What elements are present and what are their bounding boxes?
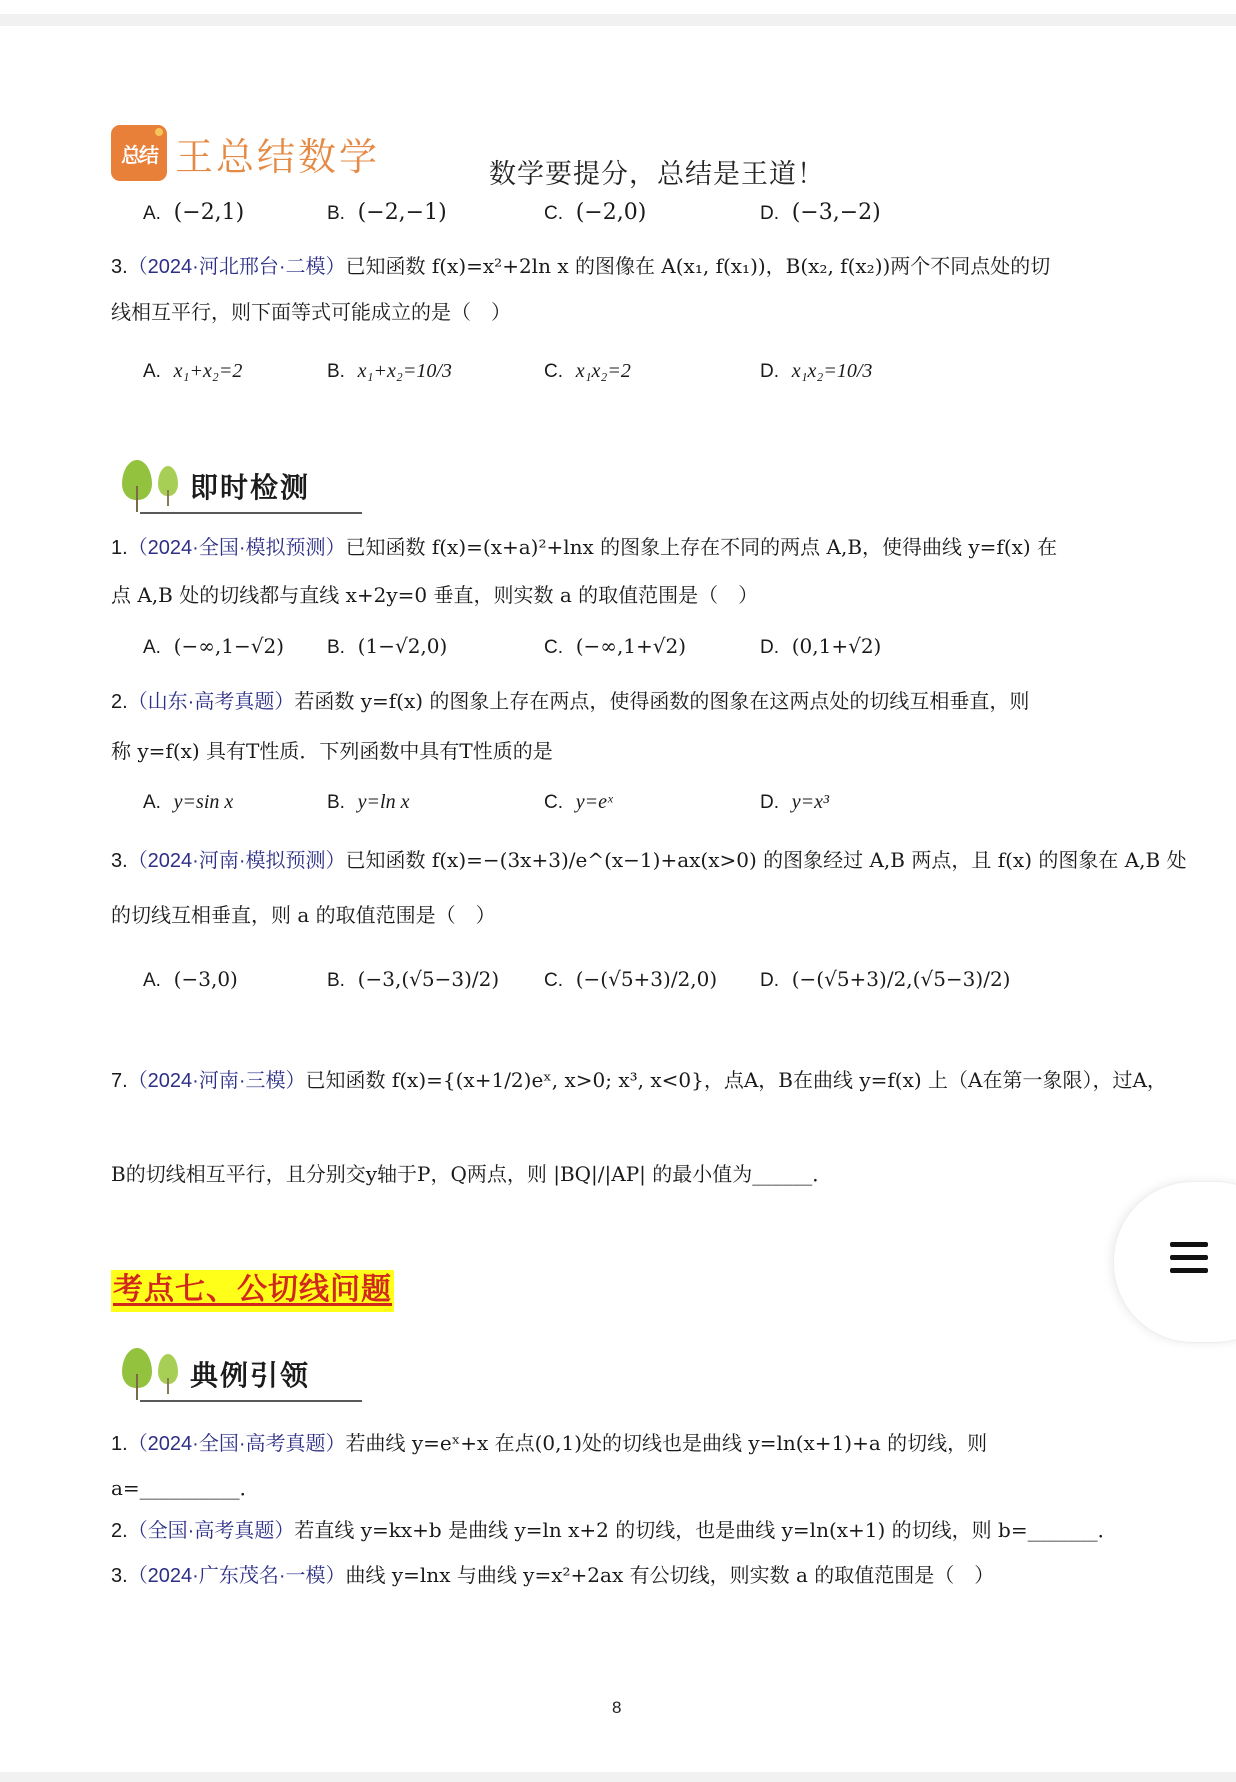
bottom-divider-bar xyxy=(0,1772,1236,1782)
example-question-1-line2: a=__________． xyxy=(111,1474,260,1502)
tree-icon xyxy=(114,456,184,514)
check-question-3-option-b: B. (−3,(√5−3)/2) xyxy=(327,965,499,995)
check-question-2-option-a: A. y=sin x xyxy=(143,787,233,817)
check-question-1-option-b: B. (1−√2,0) xyxy=(327,632,447,662)
menu-icon xyxy=(1170,1242,1208,1281)
question-3-prev-option-a: A. x₁+x₂=2 xyxy=(143,356,242,386)
question-3-prev-option-d: D. x₁x₂=10/3 xyxy=(760,356,872,386)
question-3-prev-option-b: B. x₁+x₂=10/3 xyxy=(327,356,452,386)
check-question-3-option-a: A. (−3,0) xyxy=(143,965,238,995)
topic-section-title: 考点七、公切线问题 xyxy=(111,1270,394,1312)
check-question-2-line2: 称 y=f(x) 具有T性质．下列函数中具有T性质的是 xyxy=(111,737,553,765)
slogan: 数学要提分，总结是王道！ xyxy=(489,152,825,191)
tree-icon xyxy=(114,1344,184,1402)
check-question-1-line2: 点 A,B 处的切线都与直线 x+2y=0 垂直，则实数 a 的取值范围是（ ） xyxy=(111,581,758,609)
page-number: 8 xyxy=(612,1698,621,1718)
check-question-7-line2: B的切线相互平行，且分别交y轴于P，Q两点，则 |BQ|/|AP| 的最小值为_… xyxy=(111,1160,832,1188)
section-underline xyxy=(140,1400,362,1402)
section-header-check: 即时检测 xyxy=(114,456,374,514)
example-question-3-line1: 3.（2024·广东茂名·一模）曲线 y=lnx 与曲线 y=x²+2ax 有公… xyxy=(111,1561,994,1590)
prev-option-a: A. (−2,1) xyxy=(143,198,244,228)
section-header-example: 典例引领 xyxy=(114,1344,374,1402)
check-question-1-option-d: D. (0,1+√2) xyxy=(760,632,881,662)
logo-text: 王总结数学 xyxy=(175,126,380,181)
top-margin xyxy=(0,0,1236,14)
example-question-2-line1: 2.（全国·高考真题）若直线 y=kx+b 是曲线 y=ln x+2 的切线，也… xyxy=(111,1516,1118,1545)
check-question-2-line1: 2.（山东·高考真题）若函数 y=f(x) 的图象上存在两点，使得函数的图象在这… xyxy=(111,687,1029,716)
prev-option-c: C. (−2,0) xyxy=(544,198,646,228)
prev-option-d: D. (−3,−2) xyxy=(760,198,881,228)
question-3-prev-line1: 3.（2024·河北邢台·二模）已知函数 f(x)=x²+2ln x 的图像在 … xyxy=(111,252,1050,281)
floating-menu-button[interactable] xyxy=(1113,1181,1236,1343)
check-question-3-line1: 3.（2024·河南·模拟预测）已知函数 f(x)=−(3x+3)/e^(x−1… xyxy=(111,846,1187,875)
logo-badge-icon: 总结 xyxy=(111,125,167,181)
section-label-example: 典例引领 xyxy=(190,1354,310,1394)
example-question-1-line1: 1.（2024·全国·高考真题）若曲线 y=eˣ+x 在点(0,1)处的切线也是… xyxy=(111,1429,987,1458)
section-label-check: 即时检测 xyxy=(190,466,310,506)
check-question-1-line1: 1.（2024·全国·模拟预测）已知函数 f(x)=(x+a)²+lnx 的图象… xyxy=(111,533,1057,562)
check-question-2-option-c: C. y=eˣ xyxy=(544,787,613,817)
question-3-prev-line2: 线相互平行，则下面等式可能成立的是（ ） xyxy=(111,298,511,326)
check-question-7-line1: 7.（2024·河南·三模）已知函数 f(x)={(x+1/2)eˣ, x>0;… xyxy=(111,1066,1167,1095)
section-underline xyxy=(140,512,362,514)
check-question-3-option-d: D. (−(√5+3)/2,(√5−3)/2) xyxy=(760,965,1010,995)
check-question-3-line2: 的切线互相垂直，则 a 的取值范围是（ ） xyxy=(111,901,496,929)
check-question-1-option-c: C. (−∞,1+√2) xyxy=(544,632,686,662)
prev-option-b: B. (−2,−1) xyxy=(327,198,447,228)
brand-logo: 总结 王总结数学 xyxy=(111,124,380,182)
check-question-3-option-c: C. (−(√5+3)/2,0) xyxy=(544,965,717,995)
question-3-prev-option-c: C. x₁x₂=2 xyxy=(544,356,631,386)
check-question-2-option-b: B. y=ln x xyxy=(327,787,409,817)
check-question-1-option-a: A. (−∞,1−√2) xyxy=(143,632,284,662)
top-divider-bar xyxy=(0,14,1236,26)
check-question-2-option-d: D. y=x³ xyxy=(760,787,829,817)
